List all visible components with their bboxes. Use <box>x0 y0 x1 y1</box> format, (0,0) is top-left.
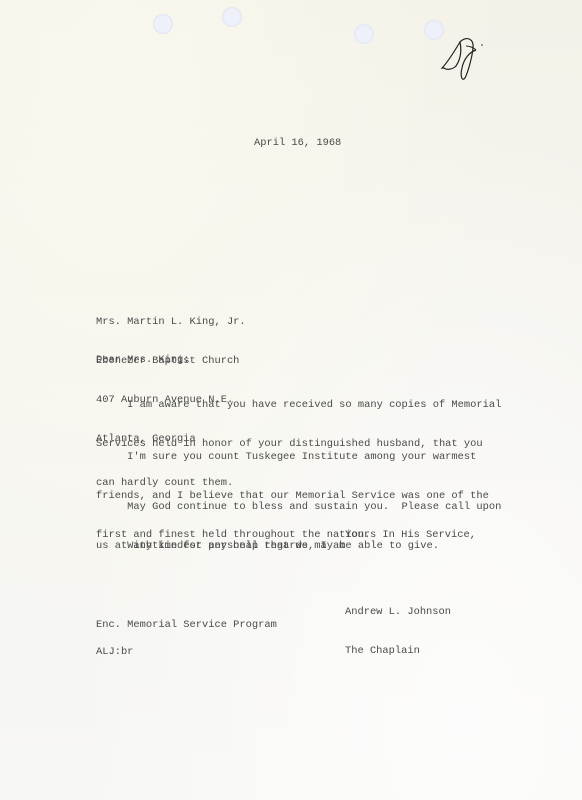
paragraph-line: May God continue to bless and sustain yo… <box>96 501 516 514</box>
reference-initials: ALJ:br <box>96 646 133 659</box>
punch-hole <box>354 24 374 44</box>
signature-block: Andrew L. Johnson The Chaplain <box>345 580 451 684</box>
body-paragraph: With kindest personal regards, I am <box>96 514 516 579</box>
paragraph-line: I am aware that you have received so man… <box>96 399 516 412</box>
signer-name: Andrew L. Johnson <box>345 606 451 619</box>
letter-page: April 16, 1968 Mrs. Martin L. King, Jr. … <box>0 0 582 800</box>
letter-date: April 16, 1968 <box>254 137 341 150</box>
address-line: Mrs. Martin L. King, Jr. <box>96 316 246 329</box>
signer-title: The Chaplain <box>345 645 451 658</box>
paragraph-line: I'm sure you count Tuskegee Institute am… <box>96 451 516 464</box>
enclosure-note: Enc. Memorial Service Program <box>96 619 277 632</box>
punch-hole <box>222 7 242 27</box>
salutation: Dear Mrs. King: <box>96 354 190 367</box>
complimentary-closing: Yours In His Service, <box>345 529 476 542</box>
handwritten-initials-mark <box>440 28 486 84</box>
punch-hole <box>153 14 173 34</box>
